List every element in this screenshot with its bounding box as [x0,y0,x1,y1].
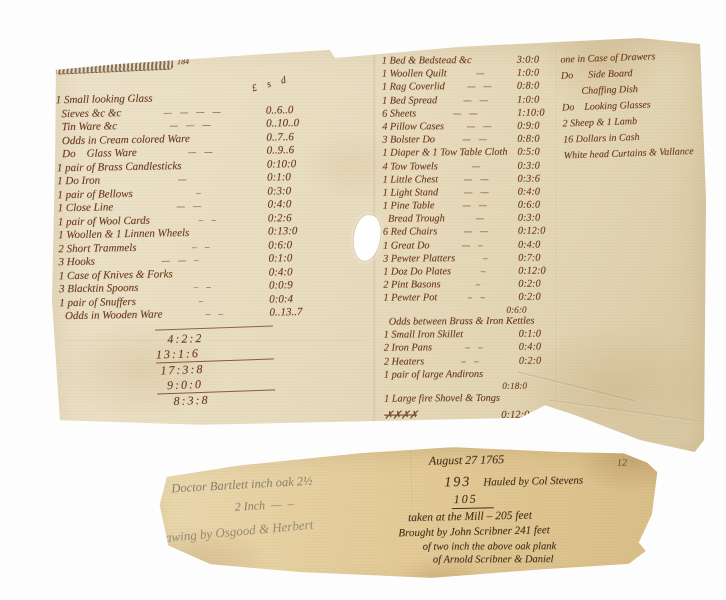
item-label: Odds between Brass & Iron Kettles [383,316,534,328]
fragment-crease [411,450,414,508]
item-value: 0:3:0 [517,160,555,171]
dash-leader [190,140,267,141]
item-value: 0:6:0 [518,199,556,210]
item-label: 1 pair of Snuffers [59,295,136,308]
item-value: 0:2:6 [268,211,312,224]
ink-scribble [55,58,173,75]
pencil-note: Doctor Bartlett inch oak 2½ [171,474,313,497]
item-label: 1 Doz Do Plates [383,266,451,277]
corner-number: 184 [177,56,189,65]
dash-leader [189,235,268,236]
dash-leader [182,167,267,168]
inventory-row: 1 Woollen Quilt — 1:0:0 [382,68,555,82]
dash-leader: — — [438,187,518,198]
item-value: 0:8:0 [517,81,555,92]
dash-leader: — — [416,107,517,118]
item-value: 0:1:0 [268,252,312,265]
hauled-line: 193Hauled by Col Stevens [444,470,583,491]
inventory-row: Odds between Brass & Iron Kettles [383,315,556,329]
item-label: 4 Pillow Cases [382,121,444,132]
dash-leader: — — [445,81,517,92]
paper-fragment: August 27 1765 12 Doctor Bartlett inch o… [149,443,677,594]
inventory-row: 1 Pewter Pot – – 0:2:0 [383,292,556,306]
item-value: 0:6:0 [506,305,526,315]
item-label: 1 Woollen & 1 Linnen Wheels [58,227,189,241]
item-label: 2 Heaters [384,356,424,367]
item-label: 1 Woollen Quilt [382,68,447,79]
item-value: 3:0:0 [517,54,555,65]
dash-leader: – – [162,308,269,320]
dash-leader: – [133,186,268,198]
inventory-row: 1 Bed Spread — — 1:0:0 [382,94,555,108]
names-line: of Arnold Scribner & Daniel [433,554,554,565]
item-value: 0:6:0 [268,238,312,251]
item-value: 0:12:0 [518,226,556,237]
item-label: 1 Small looking Glass [56,93,153,107]
inventory-row: 1 Diaper & 1 Tow Table Cloth 0:5:0 [382,147,555,161]
inventory-row: 1 pair of large Andirons [384,368,557,382]
dash-leader: – – [437,292,518,303]
brought-line: Brought by John Scribner 241 feet [398,524,550,539]
item-label: Do Glass Ware [57,147,137,160]
dash-leader: – – [150,213,268,225]
item-label: 1 Pine Table [383,200,435,211]
dash-leader: — — [437,94,517,105]
left-items: 1 Small looking Glass Sieves &c &c — — —… [56,90,314,324]
item-value: 0:0:4 [269,292,313,305]
inventory-row: 1 Large fire Shovel & Tongs [384,392,557,406]
item-value: 0:2:0 [518,279,556,290]
hauled-by-text: Hauled by Col Stevens [483,474,583,488]
item-value: 1:0:0 [517,68,555,79]
item-label: 3 Hooks [58,256,95,269]
dash-leader: — [100,173,267,186]
inventory-row: 1 Small Iron Skillet 0:1:0 [384,329,557,343]
item-value: 0..7..6 [266,130,310,143]
inventory-row: 1 Pine Table — — 0:6:0 [383,199,556,213]
dash-leader: – – [138,281,269,293]
right-total-value: 13:1:6 [384,421,557,435]
item-value: 0..9..6 [266,144,310,157]
item-label: 1 Case of Knives & Forks [59,268,173,282]
item-value: 0:3:0 [267,184,311,197]
item-label: 1 Great Do [383,240,430,251]
item-label: 2 Pint Basons [383,279,440,290]
inventory-row: 4 Tow Towels — 0:3:0 [382,160,555,174]
figure-105: 105 [451,491,493,509]
item-label: 1 pair of Wool Cards [58,214,150,228]
item-label: 1 Pewter Pot [383,293,437,304]
item-value: 0:2:0 [519,355,557,366]
dash-leader: — [438,160,518,171]
inventory-row: 4 Pillow Cases — — 0:9:0 [382,120,555,134]
dash-leader [383,312,506,313]
dash-leader [153,100,266,102]
dash-leader: – – [432,342,519,353]
item-value: 0..13..7 [269,306,313,319]
photo-background: 184 £ s d 1 Small looking Glass Sieves &… [0,0,726,600]
dash-leader: – [136,294,269,306]
item-label: 1 Do Iron [57,174,100,187]
item-value: 0:0:9 [269,279,313,292]
inventory-row: Bread Trough — 0:3:0 [383,213,556,227]
dash-leader: — — – [95,254,269,267]
item-value: 0..10..0 [266,117,310,130]
dash-leader: — – [429,239,518,250]
crossed-out-line: 184 [55,56,309,74]
dash-leader: – [440,279,518,290]
diagonal-crease [549,400,698,423]
item-label: 4 Tow Towels [382,161,437,172]
inventory-row: 1 Light Stand — — 0:4:0 [383,186,556,200]
dash-leader: — — [444,121,517,132]
right-total-row: ✗✗✗✗ 0:12:0 [384,407,557,422]
item-value: 0:2:0 [518,292,556,303]
item-value: 1:0:0 [517,94,555,105]
item-value: 0:8:0 [517,134,555,145]
inventory-row: 6 Sheets — — 1:10:0 [382,107,555,121]
item-value [266,99,310,100]
item-value: 0:1:0 [267,171,311,184]
item-value: 0:3:6 [518,173,556,184]
inventory-row: 3 Bolster Do — — 0:8:0 [382,134,555,148]
inventory-row: 1 Bed & Bedstead &c 3:0:0 [382,54,555,68]
figure-193: 193 [444,475,471,491]
item-label: Tin Ware &c [56,120,117,133]
item-value: 0..6..0 [266,103,310,116]
item-label: Odds in Cream colored Ware [56,132,190,146]
corner-number: 12 [617,457,627,468]
date-line: August 27 1765 [429,452,505,469]
far-right-column: one in Case of Drawers Do Side Board Cha… [560,47,710,164]
inventory-row: 1 Doz Do Plates – 0:12:0 [383,265,556,279]
dash-leader: – [455,252,518,262]
dash-leader: – – [136,240,268,252]
item-label: 6 Red Chairs [383,227,437,238]
item-label: 1 Small Iron Skillet [384,329,463,341]
item-value: 0:9:0 [517,120,555,131]
item-value: 0:13:0 [268,225,312,238]
item-value: 0:3:0 [518,213,556,224]
item-value: 0:4:0 [267,198,311,211]
left-totals: 4:2:2 13:1:6 17:3:8 9:0:0 8:3:8 [155,325,276,409]
item-value: 0:18:0 [502,382,527,392]
inventory-row: 2 Iron Pans – – 0:4:0 [384,342,557,356]
left-column: 184 £ s d 1 Small looking Glass Sieves &… [55,56,315,410]
item-value: 0:7:0 [518,252,556,263]
dash-leader [384,389,502,390]
dash-leader: — [445,213,518,224]
dash-leader: — [447,68,517,78]
item-label: 1 Light Stand [383,187,439,198]
paper-hole [352,214,383,262]
item-label: 2 Iron Pans [384,343,432,354]
item-value: 0:4:0 [518,186,556,197]
pencil-note: Sawing by Osgood & Herbert [158,517,314,547]
inventory-row: 2 Heaters – – 0:2:0 [384,355,557,369]
item-label: 1 Bed Spread [382,95,437,106]
cancel-scribble: ✗✗✗✗ [384,408,417,421]
inventory-row: 1 Little Chest — — 0:3:6 [383,173,556,187]
item-label: 1 Little Chest [383,174,439,185]
item-label: Odds in Wooden Ware [59,308,162,322]
item-value: 0:1:0 [519,329,557,340]
right-items: 1 Bed & Bedstead &c 3:0:0 1 Woollen Quil… [382,54,557,406]
item-label: 1 Close Line [57,201,113,214]
item-label: Sieves &c &c [56,107,122,120]
item-value: 1:10:0 [517,107,555,118]
pencil-note: 2 Inch — – [234,496,294,514]
item-label: 1 Diaper & 1 Tow Table Cloth [382,147,507,159]
dash-leader: – – [424,355,519,366]
item-label: 1 Rag Coverlid [382,82,445,93]
dash-leader [173,275,269,277]
plank-line: of two inch the above oak plank [423,541,557,552]
item-value: 0:5:0 [517,147,555,158]
item-value: 0:10:0 [267,157,311,170]
dash-leader: — — [434,200,517,211]
item-value: 0:4:0 [518,239,556,250]
right-column: 1 Bed & Bedstead &c 3:0:0 1 Woollen Quil… [382,54,558,435]
inventory-row: 2 Pint Basons – 0:2:0 [383,279,556,293]
inventory-row: 1 Rag Coverlid — — 0:8:0 [382,81,555,95]
mill-line: taken at the Mill – 205 feet [408,510,532,525]
dash-leader: — — [435,134,517,145]
inventory-row: 6 Red Chairs — — 0:12:0 [383,226,556,240]
item-label: 1 pair of Brass Candlesticks [57,160,182,174]
item-label: 3 Blacktin Spoons [59,282,139,295]
dash-leader: – [451,266,518,276]
dash-leader: — — [113,200,268,213]
item-label: 3 Pewter Platters [383,253,455,265]
item-value: 0:4:0 [269,265,313,278]
item-label: 1 Large fire Shovel & Tongs [384,392,500,404]
item-label: 2 Short Trammels [58,241,136,254]
item-value: 0:12:0 [518,265,556,276]
item-value: 0:4:0 [519,342,557,353]
inventory-row: 3 Pewter Platters – 0:7:0 [383,252,556,266]
dash-leader: — — — — [121,105,266,118]
dash-leader: — — — [117,119,266,132]
inventory-row: 1 Great Do — – 0:4:0 [383,239,556,253]
dash-leader: — — [438,173,518,184]
item-label: 1 pair of Bellows [57,187,133,200]
item-label: 1 pair of large Andirons [384,369,483,381]
item-label: 6 Sheets [382,108,416,119]
item-label: 3 Bolster Do [382,134,435,145]
item-label: 1 Bed & Bedstead &c [382,55,472,67]
dash-leader: — — [137,146,267,158]
pre-total-value: 0:12:0 [495,409,539,422]
dash-leader: — — [437,226,518,237]
item-label: Bread Trough [383,213,445,224]
main-sheet: 184 £ s d 1 Small looking Glass Sieves &… [48,38,708,463]
